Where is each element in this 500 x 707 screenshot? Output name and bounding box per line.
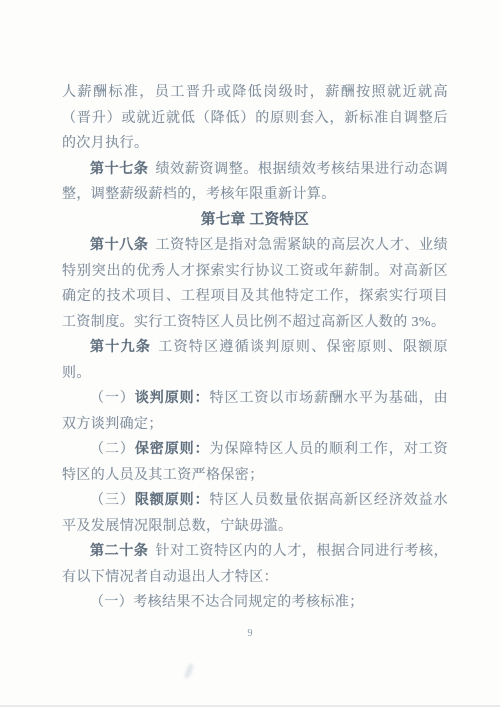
- article-20-label: 第二十条: [90, 544, 149, 559]
- paragraph-article-18: 第十八条工资特区是指对急需紧缺的高层次人才、业绩特别突出的优秀人才探索实行协议工…: [62, 233, 448, 335]
- paragraph-article-19: 第十九条工资特区遵循谈判原则、保密原则、限额原则。: [62, 335, 448, 386]
- paragraph-article-20: 第二十条针对工资特区内的人才，根据合同进行考核，有以下情况者自动退出人才特区：: [62, 539, 448, 590]
- scan-smudge-artifact: [183, 662, 195, 679]
- continuation-text: 人薪酬标准，员工晋升或降低岗级时，薪酬按照就近就高（晋升）或就近就低（降低）的原…: [62, 85, 448, 151]
- paragraph-principle-1: （一）谈判原则：特区工资以市场薪酬水平为基础，由双方谈判确定；: [62, 386, 448, 437]
- article-18-label: 第十八条: [90, 238, 149, 253]
- paragraph-article-17: 第十七条绩效薪资调整。根据绩效考核结果进行动态调整，调整薪级薪档的，考核年限重新…: [62, 157, 448, 208]
- chapter-7-heading: 第七章 工资特区: [62, 208, 448, 234]
- principle-1-label: 谈判原则：: [135, 391, 210, 406]
- paragraph-principle-2: （二）保密原则：为保障特区人员的顺利工作，对工资特区的人员及其工资严格保密；: [62, 437, 448, 488]
- page-number: 9: [0, 628, 500, 639]
- principle-2-label: 保密原则：: [135, 442, 210, 457]
- paragraph-clause-1: （一）考核结果不达合同规定的考核标准；: [62, 590, 448, 616]
- article-17-label: 第十七条: [90, 162, 149, 177]
- article-19-label: 第十九条: [90, 340, 151, 355]
- principle-2-prefix: （二）: [90, 442, 135, 457]
- scanned-document-page: 人薪酬标准，员工晋升或降低岗级时，薪酬按照就近就高（晋升）或就近就低（降低）的原…: [0, 0, 500, 707]
- paragraph-continuation: 人薪酬标准，员工晋升或降低岗级时，薪酬按照就近就高（晋升）或就近就低（降低）的原…: [62, 80, 448, 157]
- paragraph-principle-3: （三）限额原则：特区人员数量依据高新区经济效益水平及发展情况限制总数，宁缺毋滥。: [62, 488, 448, 539]
- clause-1-text: （一）考核结果不达合同规定的考核标准；: [90, 595, 364, 610]
- document-body: 人薪酬标准，员工晋升或降低岗级时，薪酬按照就近就高（晋升）或就近就低（降低）的原…: [62, 80, 448, 616]
- principle-1-prefix: （一）: [90, 391, 135, 406]
- principle-3-label: 限额原则：: [135, 493, 210, 508]
- principle-3-prefix: （三）: [90, 493, 135, 508]
